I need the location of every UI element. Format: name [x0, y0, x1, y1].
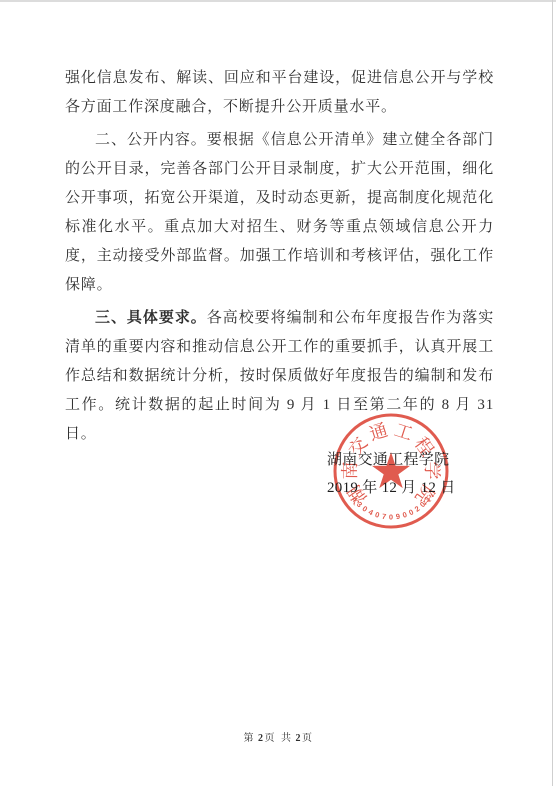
footer-page-number: 2 — [257, 733, 265, 744]
svg-text:0: 0 — [374, 510, 381, 520]
paragraph: 二、公开内容。要根据《信息公开清单》建立健全各部门的公开目录，完善各部门公开目录… — [65, 126, 494, 300]
svg-text:9: 9 — [395, 512, 400, 522]
document-body: 强化信息发布、解读、回应和平台建设，促进信息公开与学校各方面工作深度融合，不断提… — [65, 64, 494, 453]
svg-text:通: 通 — [367, 420, 390, 445]
footer-text: 页 — [302, 733, 313, 744]
page-right-edge — [552, 0, 553, 786]
svg-text:0: 0 — [401, 510, 408, 520]
paragraph-text: 强化信息发布、解读、回应和平台建设，促进信息公开与学校各方面工作深度融合，不断提… — [65, 70, 494, 115]
signature-org-name: 湖南交通工程学院 — [327, 447, 456, 475]
paragraph-text: 二、公开内容。要根据《信息公开清单》建立健全各部门的公开目录，完善各部门公开目录… — [65, 132, 494, 293]
signature-block: 湖南交通工程学院 2019 年 12 月 12 日 — [327, 447, 456, 502]
footer-page-number: 2 — [295, 733, 303, 744]
svg-text:工: 工 — [392, 420, 415, 445]
svg-text:7: 7 — [381, 512, 386, 522]
page-top-edge — [0, 0, 556, 2]
paragraph-heading: 三、具体要求。 — [95, 310, 207, 326]
signature-date: 2019 年 12 月 12 日 — [327, 475, 456, 503]
svg-text:0: 0 — [389, 513, 393, 522]
footer-text: 第 — [244, 733, 258, 744]
document-page: 强化信息发布、解读、回应和平台建设，促进信息公开与学校各方面工作深度融合，不断提… — [0, 0, 556, 786]
paragraph: 强化信息发布、解读、回应和平台建设，促进信息公开与学校各方面工作深度融合，不断提… — [65, 64, 494, 122]
footer-text: 页 — [265, 733, 282, 744]
page-footer: 第 2页 共 2页 — [0, 729, 556, 744]
footer-text: 共 — [281, 733, 295, 744]
